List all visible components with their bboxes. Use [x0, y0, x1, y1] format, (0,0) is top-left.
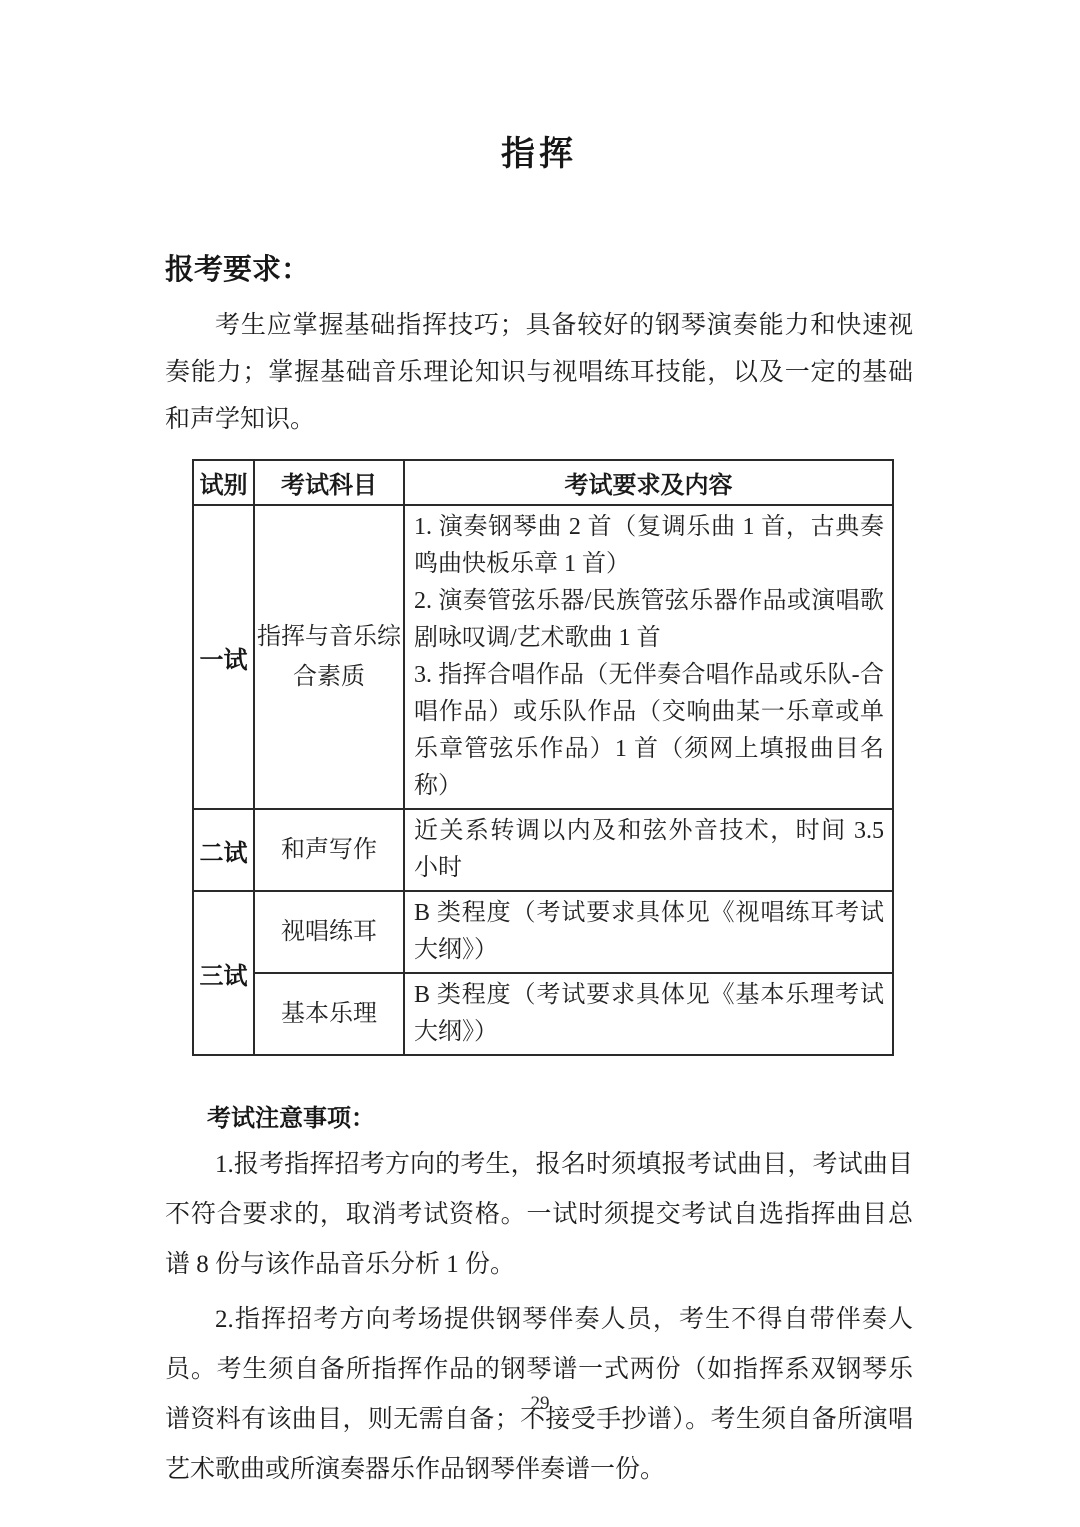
round-cell: 二试 — [193, 809, 254, 891]
requirement-item: 1. 演奏钢琴曲 2 首（复调乐曲 1 首，古典奏鸣曲快板乐章 1 首） — [414, 509, 884, 583]
requirements-cell: B 类程度（考试要求具体见《基本乐理考试大纲》） — [404, 973, 893, 1055]
table-row-round3-theory: 基本乐理 B 类程度（考试要求具体见《基本乐理考试大纲》） — [193, 973, 893, 1055]
page-title: 指挥 — [165, 126, 913, 175]
table-row-round2: 二试 和声写作 近关系转调以内及和弦外音技术，时间 3.5 小时 — [193, 809, 893, 891]
round-cell: 三试 — [193, 891, 254, 1055]
note-paragraph-1: 1.报考指挥招考方向的考生，报名时须填报考试曲目，考试曲目不符合要求的，取消考试… — [165, 1140, 913, 1290]
page-number: 29 — [0, 1393, 1080, 1415]
requirement-item: 3. 指挥合唱作品（无伴奏合唱作品或乐队-合唱作品）或乐队作品（交响曲某一乐章或… — [414, 657, 884, 805]
subject-cell: 视唱练耳 — [254, 891, 404, 973]
round-cell: 一试 — [193, 505, 254, 809]
notes-heading: 考试注意事项： — [207, 1098, 913, 1133]
requirements-heading: 报考要求： — [165, 247, 913, 288]
requirements-body-text: 考生应掌握基础指挥技巧；具备较好的钢琴演奏能力和快速视奏能力；掌握基础音乐理论知… — [165, 302, 913, 443]
requirements-cell: B 类程度（考试要求具体见《视唱练耳考试大纲》） — [404, 891, 893, 973]
column-header-subject: 考试科目 — [254, 460, 404, 505]
column-header-round: 试别 — [193, 460, 254, 505]
subject-cell: 基本乐理 — [254, 973, 404, 1055]
table-row-round3-sightsinging: 三试 视唱练耳 B 类程度（考试要求具体见《视唱练耳考试大纲》） — [193, 891, 893, 973]
exam-table: 试别 考试科目 考试要求及内容 一试 指挥与音乐综合素质 1. 演奏钢琴曲 2 … — [192, 459, 894, 1056]
requirement-item: 2. 演奏管弦乐器/民族管弦乐器作品或演唱歌剧咏叹调/艺术歌曲 1 首 — [414, 583, 884, 657]
table-row-round1: 一试 指挥与音乐综合素质 1. 演奏钢琴曲 2 首（复调乐曲 1 首，古典奏鸣曲… — [193, 505, 893, 809]
requirements-cell: 1. 演奏钢琴曲 2 首（复调乐曲 1 首，古典奏鸣曲快板乐章 1 首） 2. … — [404, 505, 893, 809]
column-header-requirements: 考试要求及内容 — [404, 460, 893, 505]
table-header-row: 试别 考试科目 考试要求及内容 — [193, 460, 893, 505]
document-page: 指挥 报考要求： 考生应掌握基础指挥技巧；具备较好的钢琴演奏能力和快速视奏能力；… — [165, 0, 913, 1495]
subject-cell: 和声写作 — [254, 809, 404, 891]
requirements-cell: 近关系转调以内及和弦外音技术，时间 3.5 小时 — [404, 809, 893, 891]
subject-cell: 指挥与音乐综合素质 — [254, 505, 404, 809]
